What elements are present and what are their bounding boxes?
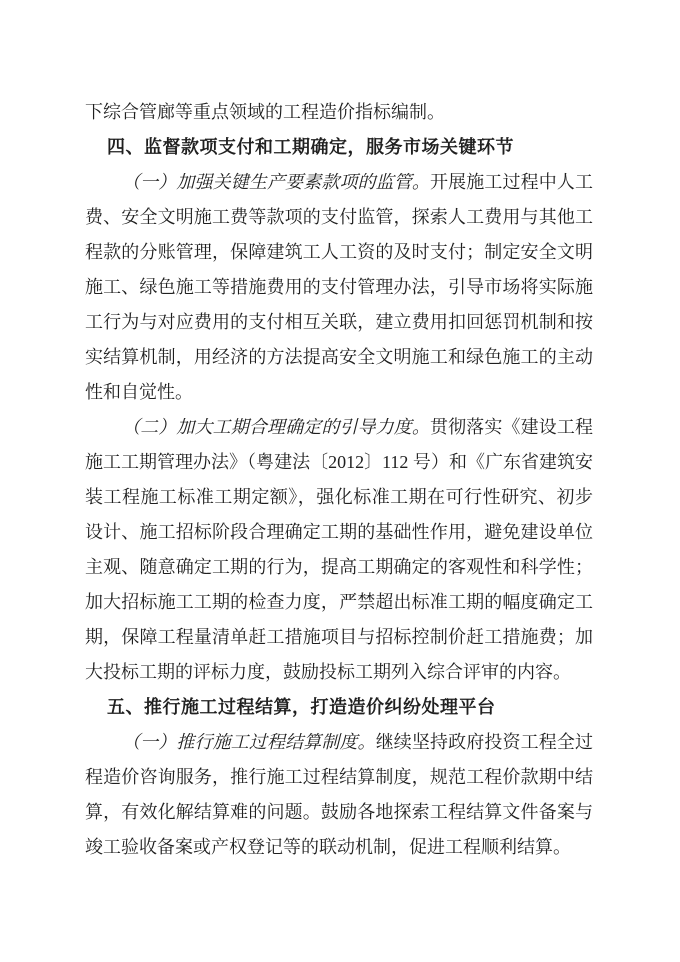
paragraph-process-settlement: （一）推行施工过程结算制度。继续坚持政府投资工程全过程造价咨询服务，推行施工过程… xyxy=(85,725,593,865)
paragraph-lead-in: （二）加大工期合理确定的引导力度。 xyxy=(122,417,430,437)
paragraph-lead-in: （一）加强关键生产要素款项的监管。 xyxy=(122,172,430,192)
paragraph-payment-supervision: （一）加强关键生产要素款项的监管。开展施工过程中人工费、安全文明施工费等款项的支… xyxy=(85,165,593,410)
section-heading-four: 四、监督款项支付和工期确定，服务市场关键环节 xyxy=(85,130,593,165)
paragraph-body-text: 开展施工过程中人工费、安全文明施工费等款项的支付监管，探索人工费用与其他工程款的… xyxy=(85,172,593,402)
document-page: 下综合管廊等重点领域的工程造价指标编制。 四、监督款项支付和工期确定，服务市场关… xyxy=(0,0,680,962)
paragraph-continuation: 下综合管廊等重点领域的工程造价指标编制。 xyxy=(85,95,593,130)
section-heading-five: 五、推行施工过程结算，打造造价纠纷处理平台 xyxy=(85,690,593,725)
paragraph-lead-in: （一）推行施工过程结算制度。 xyxy=(122,732,376,752)
paragraph-construction-period: （二）加大工期合理确定的引导力度。贯彻落实《建设工程施工工期管理办法》（粤建法〔… xyxy=(85,410,593,690)
paragraph-body-text: 贯彻落实《建设工程施工工期管理办法》（粤建法〔2012〕112 号）和《广东省建… xyxy=(85,417,593,682)
